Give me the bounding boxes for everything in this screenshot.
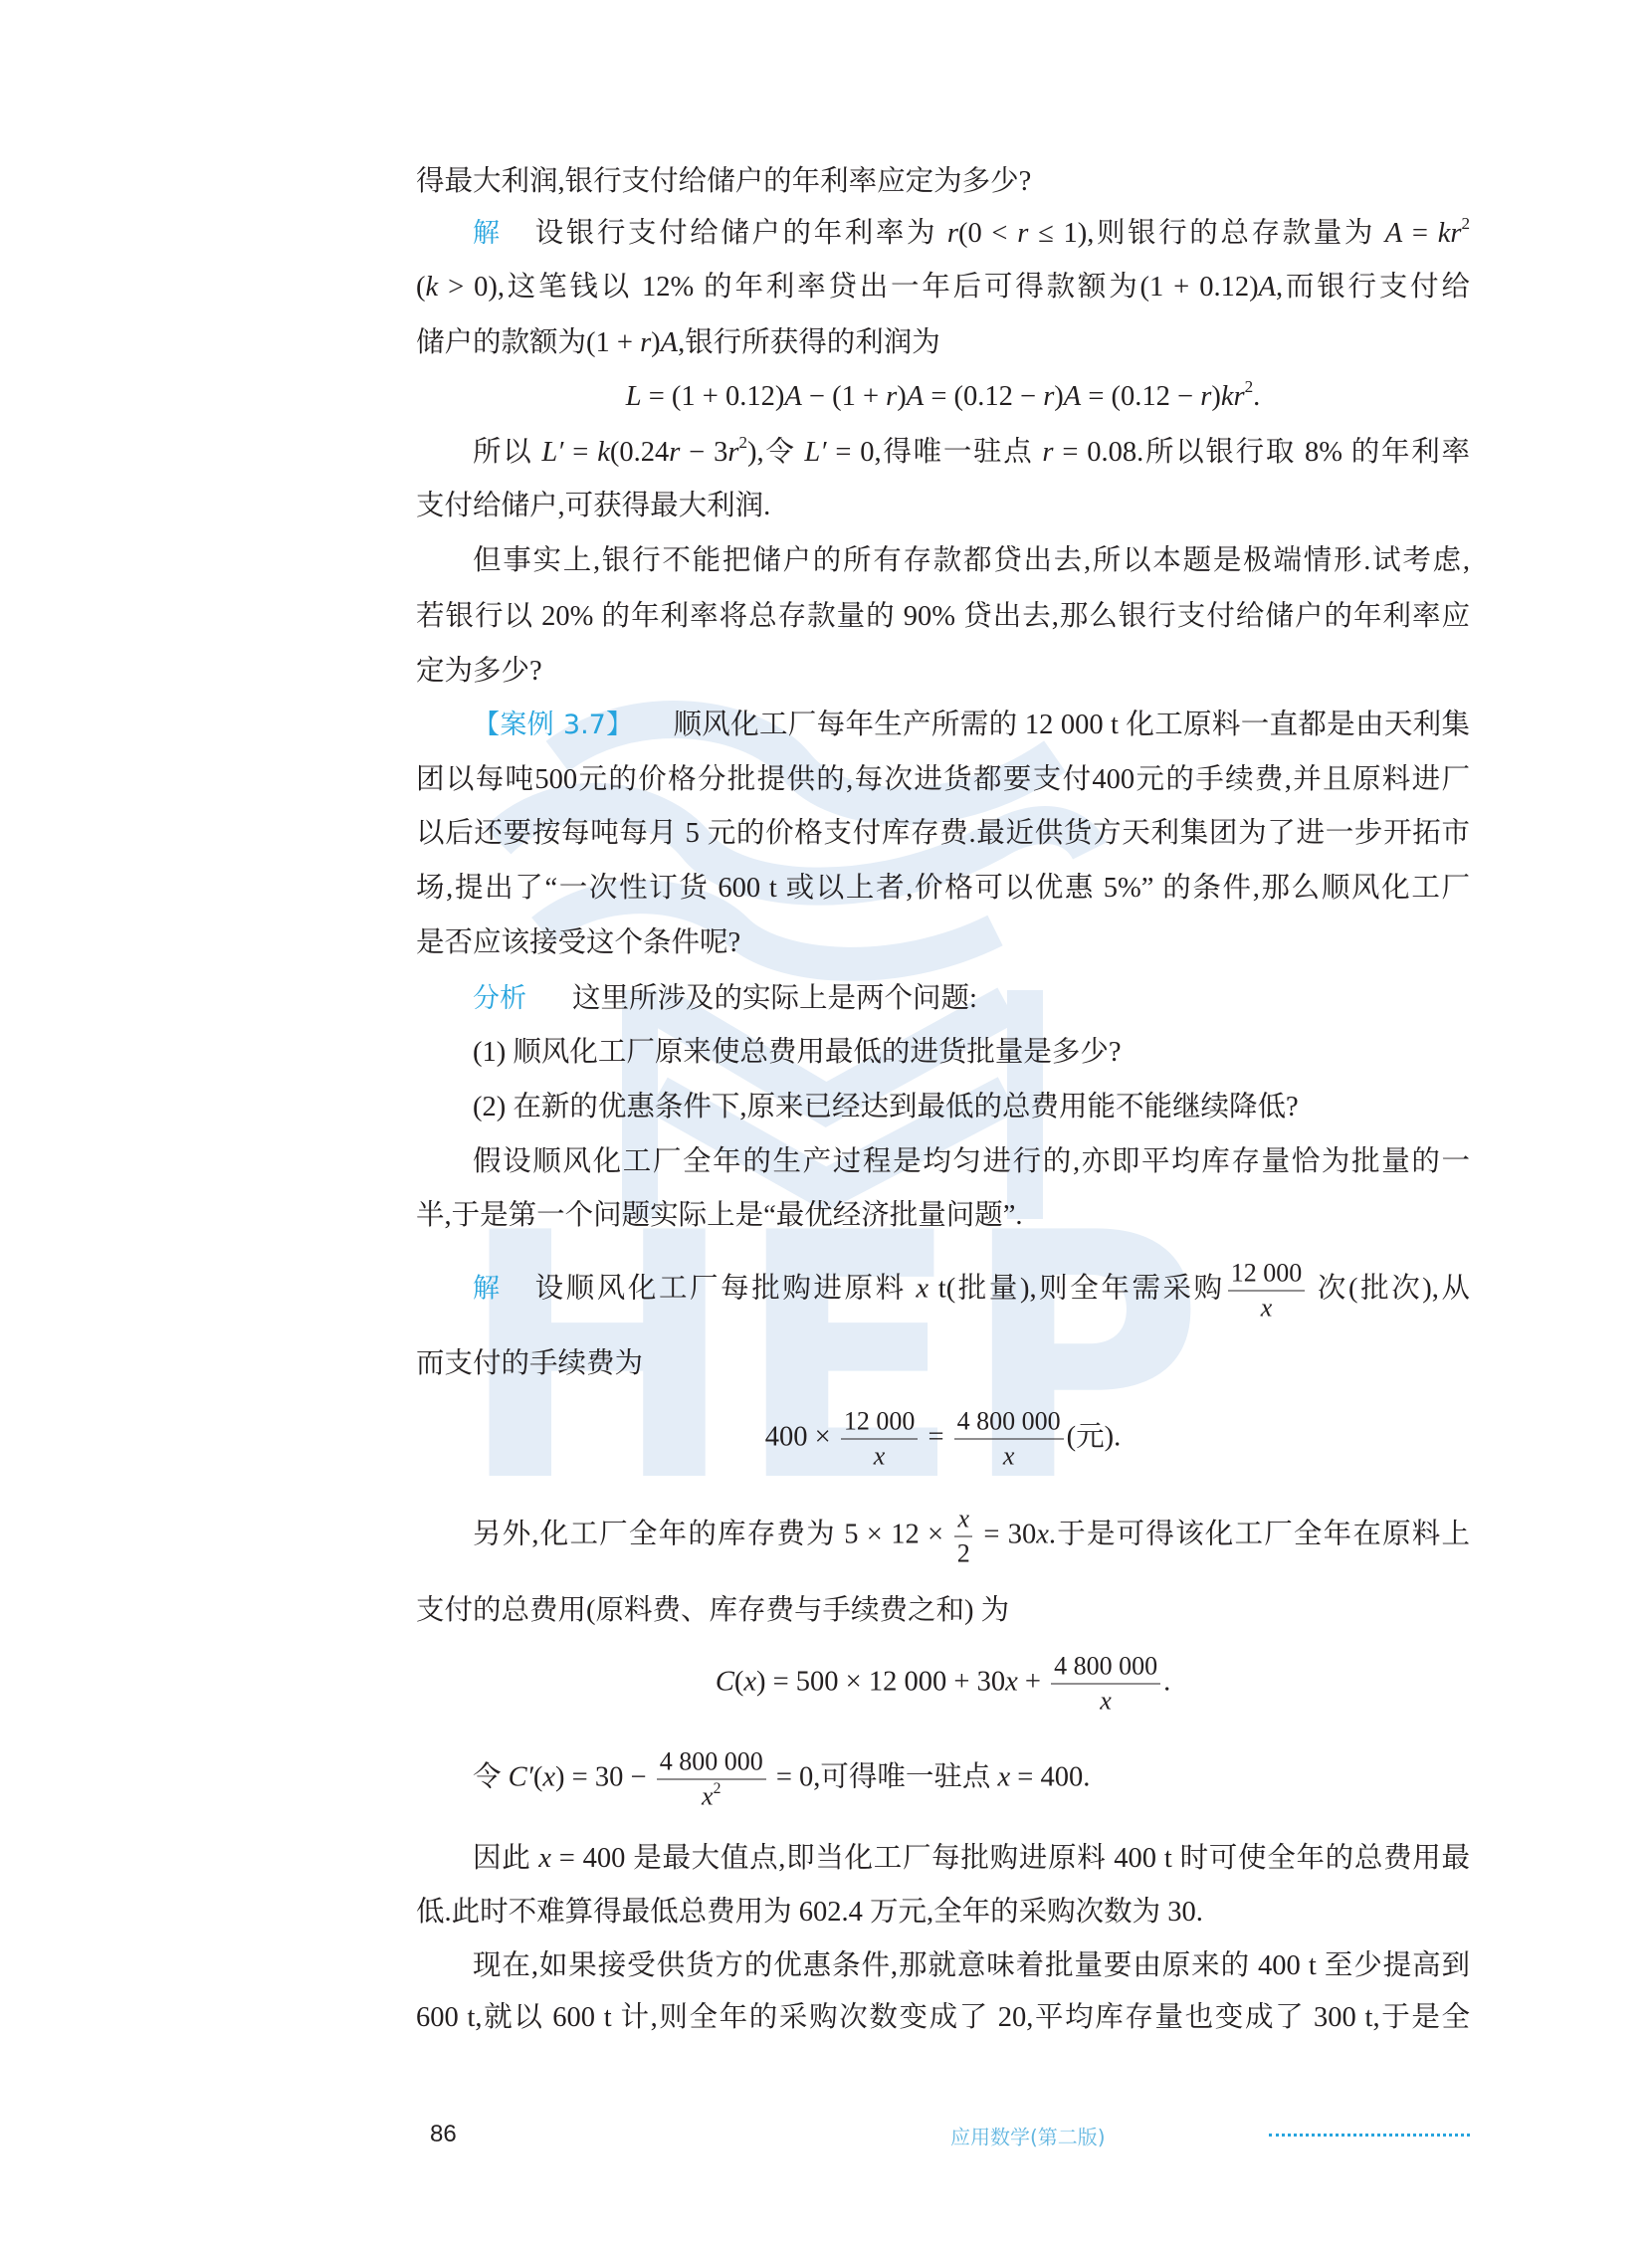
text-run: − (1 +	[802, 381, 886, 412]
text-run: (元).	[1067, 1422, 1122, 1453]
case-solution-line: 600 t,就以 600 t 计,则全年的采购次数变成了 20,平均库存量也变成…	[416, 1998, 1470, 2038]
math-variable: A	[907, 381, 924, 412]
text-run: 低.此时不难算得最低总费用为 602.4 万元,全年的采购次数为 30.	[416, 1897, 1203, 1928]
text-run: 现在,如果接受供货方的优惠条件,那就意味着批量要由原来的 400 t 至少提高到	[473, 1950, 1470, 1981]
text-run: = 0,得唯一驻点	[827, 437, 1043, 468]
text-run: )	[651, 327, 661, 358]
math-variable: r	[669, 437, 680, 468]
case-label: 【案例 3.7】	[473, 710, 633, 740]
case-problem-line: 场,提出了“一次性订货 600 t 或以上者,价格可以优惠 5%” 的条件,那么…	[416, 869, 1470, 909]
math-variable: k	[597, 437, 610, 468]
text-run: = 400 是最大值点,即当化工厂每批购进原料 400 t 时可使全年的总费用最	[551, 1843, 1470, 1874]
text-run: )	[897, 381, 907, 412]
fraction: 4 800 000x2	[657, 1747, 766, 1812]
math-variable: L′	[541, 437, 563, 468]
text-run: 顺风化工厂每年生产所需的 12 000 t 化工原料一直都是由天利集	[673, 710, 1470, 740]
text-run: (	[416, 272, 426, 303]
superscript: 2	[738, 433, 747, 452]
fraction-numerator: 4 800 000	[1051, 1652, 1160, 1685]
math-variable: r	[640, 327, 651, 358]
text-run: = 400.	[1010, 1762, 1090, 1793]
text-run: =	[1402, 218, 1438, 249]
math-variable: x	[1036, 1520, 1049, 1550]
math-variable: x	[542, 1762, 555, 1793]
math-variable: A	[784, 381, 801, 412]
math-variable: C′	[509, 1762, 533, 1793]
math-variable: L′	[804, 437, 826, 468]
page-number: 86	[430, 2121, 457, 2148]
text-run: +	[1018, 1667, 1048, 1698]
handling-fee-formula: 400 × 12 000x = 4 800 000x(元).	[416, 1407, 1470, 1472]
fraction-numerator: 4 800 000	[657, 1747, 766, 1780]
text-run: (	[734, 1667, 744, 1698]
math-variable: k	[426, 272, 439, 303]
prev-solution-line: 解设银行支付给储户的年利率为 r(0 < r ≤ 1),则银行的总存款量为 A …	[473, 214, 1470, 254]
math-variable: r	[1017, 218, 1028, 249]
fraction-numerator: 4 800 000	[954, 1407, 1064, 1440]
text-run: ,而银行支付给	[1276, 272, 1470, 303]
text-run: > 0),这笔钱以 12% 的年利率贷出一年后可得款额为(1 + 0.12)	[438, 272, 1258, 303]
text-run: 因此	[473, 1843, 538, 1874]
fraction: 4 800 000x	[954, 1407, 1064, 1472]
case-solution-line: 支付的总费用(原料费、库存费与手续费之和) 为	[416, 1591, 1009, 1631]
prev-solution-line: 储户的款额为(1 + r)A,银行所获得的利润为	[416, 323, 940, 363]
fraction-denominator: x	[1228, 1292, 1306, 1324]
fraction-numerator: 12 000	[841, 1407, 919, 1440]
solution-label: 解	[473, 1274, 503, 1305]
case-solution-line: 解设顺风化工厂每批购进原料 x t(批量),则全年需采购12 000x 次(批次…	[473, 1259, 1470, 1324]
fraction-denominator: x2	[657, 1780, 766, 1812]
text-run: )	[1211, 381, 1221, 412]
fraction-denominator: x	[1051, 1685, 1160, 1717]
math-variable: r	[1042, 437, 1053, 468]
case-problem-line: 【案例 3.7】顺风化工厂每年生产所需的 12 000 t 化工原料一直都是由天…	[473, 706, 1470, 745]
analysis-label: 分析	[473, 983, 526, 1014]
extension-line: 定为多少?	[416, 652, 542, 692]
case-solution-line: 因此 x = 400 是最大值点,即当化工厂每批购进原料 400 t 时可使全年…	[473, 1839, 1470, 1879]
text-run: ≤ 1),则银行的总存款量为	[1028, 218, 1384, 249]
text-run: − 3	[680, 437, 727, 468]
fraction-numerator: 12 000	[1228, 1259, 1306, 1292]
text-run: = (1 + 0.12)	[642, 381, 785, 412]
math-variable: A	[1259, 272, 1276, 303]
extension-line: 但事实上,银行不能把储户的所有存款都贷出去,所以本题是极端情形.试考虑,	[473, 541, 1470, 581]
text-run: .	[1253, 381, 1260, 412]
text-run: ) = 500 × 12 000 + 30	[756, 1667, 1005, 1698]
math-variable: A	[1064, 381, 1081, 412]
text-run: 储户的款额为(1 +	[416, 327, 640, 358]
text-run: =	[563, 437, 597, 468]
math-variable: A	[1385, 218, 1402, 249]
analysis-line: 半,于是第一个问题实际上是“最优经济批量问题”.	[416, 1196, 1023, 1236]
text-run: = 0,可得唯一驻点	[769, 1762, 998, 1793]
math-variable: r	[1200, 381, 1211, 412]
text-run: 设顺风化工厂每批购进原料	[535, 1274, 917, 1305]
math-variable: r	[727, 437, 738, 468]
superscript: 2	[1245, 377, 1254, 396]
text-run: )	[1054, 381, 1064, 412]
text-run: = 30	[975, 1520, 1036, 1550]
math-variable: x	[743, 1667, 756, 1698]
math-variable: r	[1043, 381, 1054, 412]
text-run: 支付的总费用(原料费、库存费与手续费之和) 为	[416, 1595, 1009, 1626]
math-variable: x	[916, 1274, 929, 1305]
text-run: (0.24	[610, 437, 669, 468]
math-variable: x	[998, 1762, 1011, 1793]
case-solution-line: 而支付的手续费为	[416, 1344, 643, 1384]
analysis-line: (1) 顺风化工厂原来使总费用最低的进货批量是多少?	[473, 1033, 1122, 1073]
text-run: ) = 30 −	[555, 1762, 654, 1793]
text-run: 所以	[473, 437, 541, 468]
analysis-line: 分析这里所涉及的实际上是两个问题:	[473, 979, 977, 1019]
fraction-denominator: 2	[954, 1537, 972, 1569]
dotted-rule	[1269, 2134, 1470, 2137]
text-run: (	[533, 1762, 543, 1793]
text-run: = (0.12 −	[924, 381, 1043, 412]
text-run: t(批量),则全年需采购	[929, 1274, 1225, 1305]
math-variable: kr	[1438, 218, 1462, 249]
case-solution-line: 现在,如果接受供货方的优惠条件,那就意味着批量要由原来的 400 t 至少提高到	[473, 1946, 1470, 1986]
fraction: 12 000x	[1228, 1259, 1306, 1324]
text-run: ,银行所获得的利润为	[678, 327, 940, 358]
math-variable: A	[661, 327, 678, 358]
text-run: 令	[473, 1762, 509, 1793]
fraction-denominator: x	[841, 1440, 919, 1472]
derivative-line: 令 C′(x) = 30 − 4 800 000x2 = 0,可得唯一驻点 x …	[473, 1747, 1090, 1812]
case-solution-line: 低.此时不难算得最低总费用为 602.4 万元,全年的采购次数为 30.	[416, 1893, 1203, 1933]
case-problem-line: 以后还要按每吨每月 5 元的价格支付库存费.最近供货方天利集团为了进一步开拓市	[416, 814, 1470, 854]
profit-formula: L = (1 + 0.12)A − (1 + r)A = (0.12 − r)A…	[416, 377, 1470, 417]
math-variable: r	[947, 218, 958, 249]
case-problem-line: 团以每吨500元的价格分批提供的,每次进货都要支付400元的手续费,并且原料进厂	[416, 760, 1470, 800]
text-run: = (0.12 −	[1081, 381, 1200, 412]
math-variable: kr	[1221, 381, 1245, 412]
text-run: 另外,化工厂全年的库存费为 5 × 12 ×	[473, 1520, 951, 1550]
total-cost-formula: C(x) = 500 × 12 000 + 30x + 4 800 000x.	[416, 1652, 1470, 1717]
prev-solution-line: 所以 L′ = k(0.24r − 3r2),令 L′ = 0,得唯一驻点 r …	[473, 433, 1470, 473]
text-run: 设银行支付给储户的年利率为	[535, 218, 947, 249]
text-run: .	[1163, 1667, 1170, 1698]
text-run: ),令	[747, 437, 804, 468]
text-run: (0 <	[958, 218, 1017, 249]
math-variable: x	[1005, 1667, 1018, 1698]
text-run: .于是可得该化工厂全年在原料上	[1049, 1520, 1470, 1550]
text-run: 而支付的手续费为	[416, 1348, 643, 1379]
math-variable: x	[702, 1782, 714, 1811]
prev-question-tail: 得最大利润,银行支付给储户的年利率应定为多少?	[416, 162, 1031, 202]
superscript: 2	[1461, 214, 1470, 233]
fraction: 4 800 000x	[1051, 1652, 1160, 1717]
fraction: 12 000x	[841, 1407, 919, 1472]
text-run: 次(批次),从	[1308, 1274, 1470, 1305]
math-variable: x	[538, 1843, 551, 1874]
fraction-denominator: x	[954, 1440, 1064, 1472]
text-run: =	[921, 1422, 950, 1453]
math-variable: C	[716, 1667, 734, 1698]
text-run: = 0.08.所以银行取 8% 的年利率	[1053, 437, 1470, 468]
text-run: 600 t,就以 600 t 计,则全年的采购次数变成了 20,平均库存量也变成…	[416, 2002, 1470, 2033]
text-run: 支付给储户,可获得最大利润.	[416, 491, 770, 521]
textbook-page: HEP 得最大利润,银行支付给储户的年利率应定为多少? 解设银行支付给储户的年利…	[0, 0, 1652, 2241]
analysis-line: (2) 在新的优惠条件下,原来已经达到最低的总费用能不能继续降低?	[473, 1088, 1299, 1127]
math-variable: L	[626, 381, 642, 412]
fraction-numerator: x	[954, 1505, 972, 1537]
math-variable: r	[886, 381, 897, 412]
superscript: 2	[714, 1780, 722, 1797]
text-run: 这里所涉及的实际上是两个问题:	[572, 983, 977, 1014]
extension-line: 若银行以 20% 的年利率将总存款量的 90% 贷出去,那么银行支付给储户的年利…	[416, 597, 1470, 637]
running-title: 应用数学(第二版)	[950, 2122, 1106, 2150]
prev-solution-line: (k > 0),这笔钱以 12% 的年利率贷出一年后可得款额为(1 + 0.12…	[416, 268, 1470, 307]
case-problem-line: 是否应该接受这个条件呢?	[416, 923, 740, 963]
case-solution-line: 另外,化工厂全年的库存费为 5 × 12 × x2 = 30x.于是可得该化工厂…	[473, 1505, 1470, 1569]
analysis-line: 假设顺风化工厂全年的生产过程是均匀进行的,亦即平均库存量恰为批量的一	[473, 1142, 1470, 1182]
fraction: x2	[954, 1505, 972, 1569]
text-run: 400 ×	[765, 1422, 838, 1453]
prev-solution-line: 支付给储户,可获得最大利润.	[416, 487, 770, 526]
solution-label: 解	[473, 218, 503, 249]
